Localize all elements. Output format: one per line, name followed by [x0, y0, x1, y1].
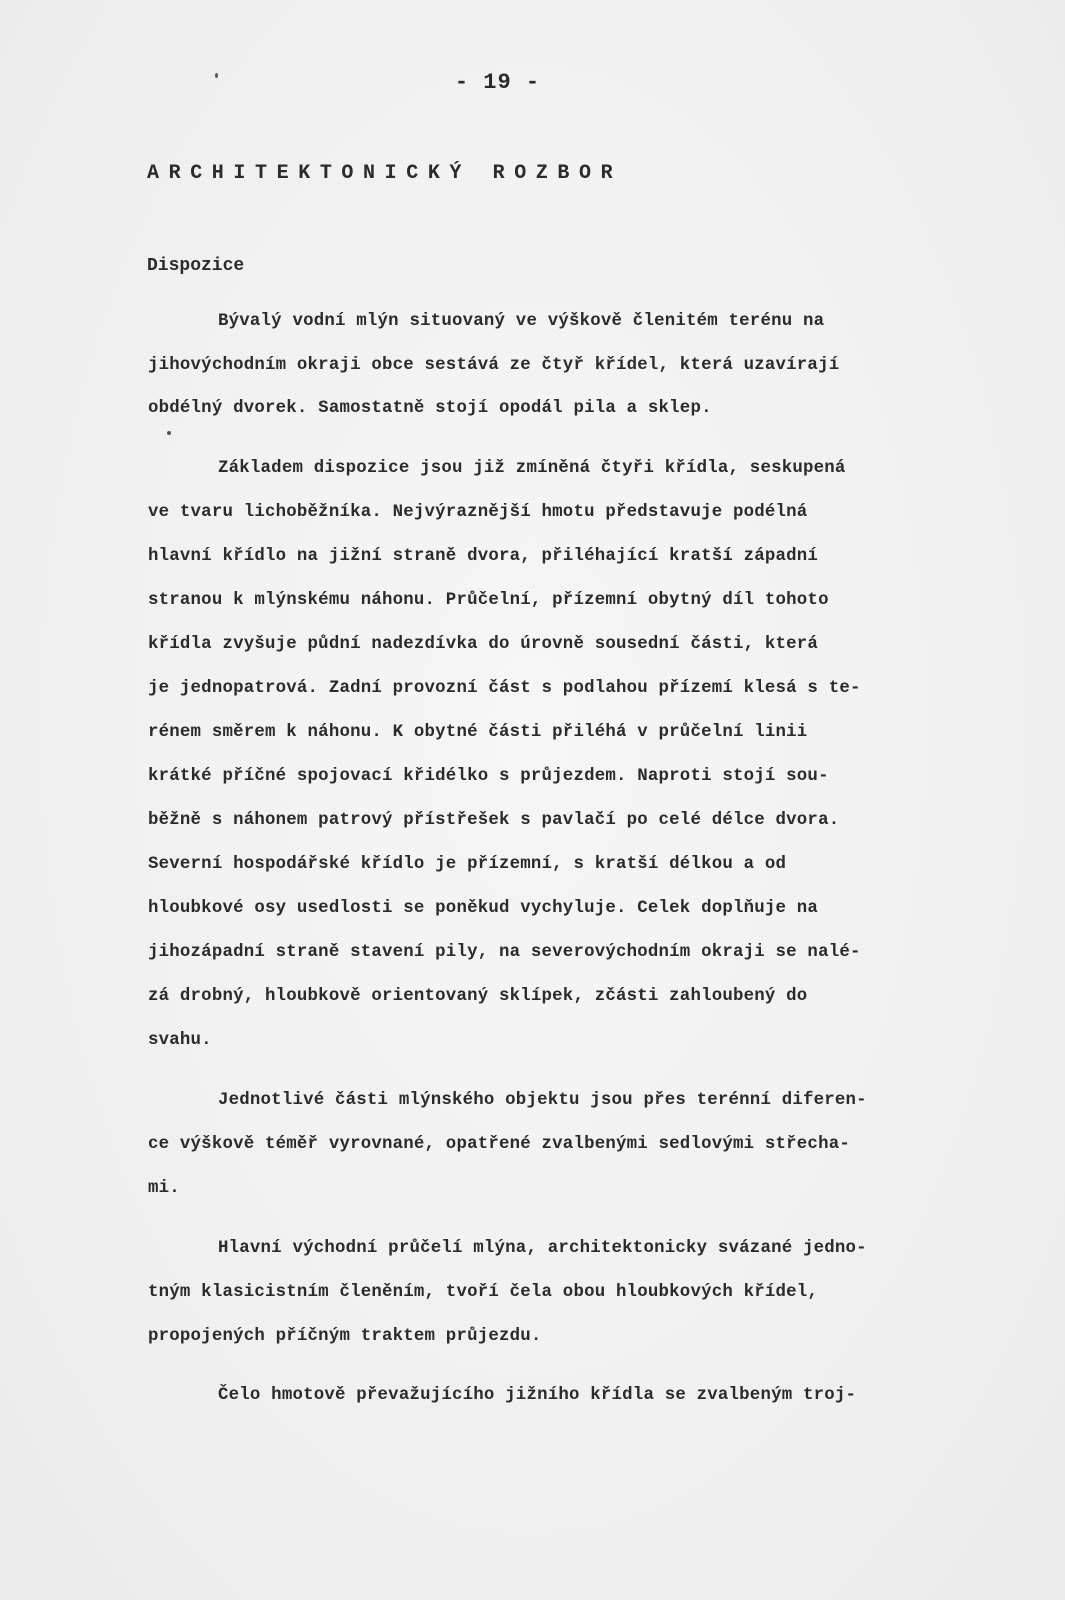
- text-line: hlavní křídlo na jižní straně dvora, při…: [148, 547, 818, 566]
- text-line: je jednopatrová. Zadní provozní část s p…: [148, 679, 861, 698]
- text-line: ve tvaru lichoběžníka. Nejvýraznější hmo…: [148, 503, 807, 522]
- text-line: křídla zvyšuje půdní nadezdívka do úrovn…: [148, 635, 818, 654]
- text-line: Bývalý vodní mlýn situovaný ve výškově č…: [218, 312, 824, 331]
- text-line: stranou k mlýnskému náhonu. Průčelní, př…: [148, 591, 829, 610]
- text-line: propojených příčným traktem průjezdu.: [148, 1327, 542, 1346]
- section-heading: ARCHITEKTONICKÝ ROZBOR: [147, 162, 622, 185]
- text-line: ce výškově téměř vyrovnané, opatřené zva…: [148, 1135, 850, 1154]
- text-line: svahu.: [148, 1031, 212, 1050]
- text-line: běžně s náhonem patrový přístřešek s pav…: [148, 811, 839, 830]
- text-line: zá drobný, hloubkově orientovaný sklípek…: [148, 987, 807, 1006]
- ink-speck: [167, 431, 171, 435]
- text-line: jihozápadní straně stavení pily, na seve…: [148, 943, 861, 962]
- page-number-text: - 19 -: [455, 70, 540, 95]
- text-line: jihovýchodním okraji obce sestává ze čty…: [148, 356, 839, 375]
- text-line: tným klasicistním členěním, tvoří čela o…: [148, 1283, 818, 1302]
- text-line: Čelo hmotově převažujícího jižního křídl…: [218, 1386, 856, 1405]
- text-line: Severní hospodářské křídlo je přízemní, …: [148, 855, 786, 874]
- text-line: Hlavní východní průčelí mlýna, architekt…: [218, 1239, 867, 1258]
- text-line: obdélný dvorek. Samostatně stojí opodál …: [148, 399, 712, 418]
- document-page: - 19 - ARCHITEKTONICKÝ ROZBOR Dispozice …: [0, 0, 1065, 1600]
- text-line: hloubkové osy usedlosti se poněkud vychy…: [148, 899, 818, 918]
- page-number: - 19 -: [0, 70, 1065, 95]
- text-line: mi.: [148, 1179, 180, 1198]
- ink-speck: [215, 73, 218, 78]
- text-line: rénem směrem k náhonu. K obytné části př…: [148, 723, 807, 742]
- text-line: Jednotlivé části mlýnského objektu jsou …: [218, 1091, 867, 1110]
- subsection-heading: Dispozice: [147, 256, 244, 276]
- text-line: krátké příčné spojovací křidélko s průje…: [148, 767, 829, 786]
- text-line: Základem dispozice jsou již zmíněná čtyř…: [218, 459, 846, 478]
